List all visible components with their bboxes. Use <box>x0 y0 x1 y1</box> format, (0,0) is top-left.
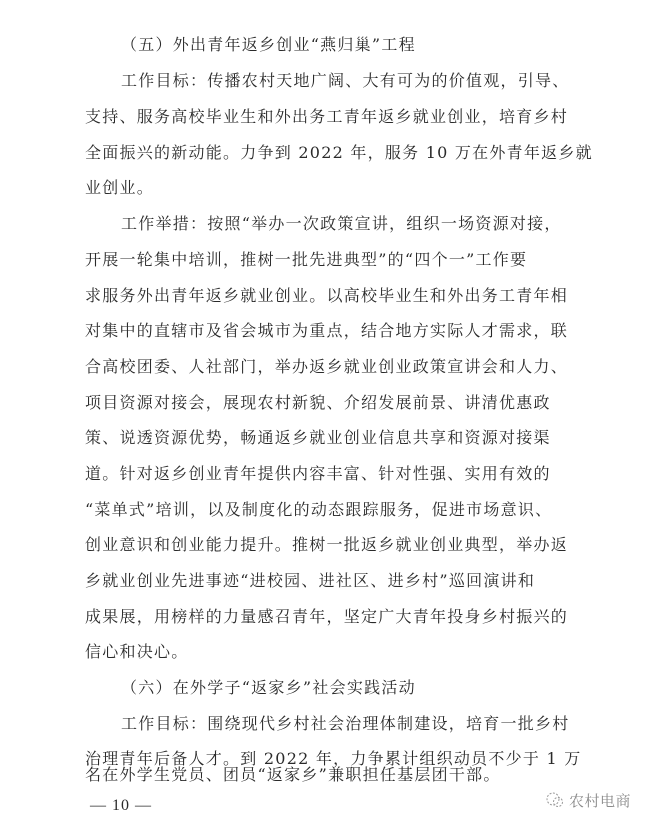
watermark: 农村电商 <box>545 788 631 812</box>
paragraph-line: 支持、服务高校毕业生和外出务工青年返乡就业创业，培育乡村 <box>85 104 585 130</box>
wechat-icon <box>545 791 565 809</box>
section-heading-5: （五）外出青年返乡创业“燕归巢”工程 <box>121 32 621 58</box>
paragraph-line: 名在外学生党员、团员“返家乡”兼职担任基层团干部。 <box>85 762 585 788</box>
paragraph-line: 全面振兴的新动能。力争到 2022 年，服务 10 万在外青年返乡就 <box>85 140 585 166</box>
paragraph-line: 策、说透资源优势，畅通返乡就业创业信息共享和资源对接渠 <box>85 425 585 451</box>
page-number: — 10 — <box>90 796 152 816</box>
paragraph-line: 项目资源对接会，展现农村新貌、介绍发展前景、讲清优惠政 <box>85 390 585 416</box>
paragraph-line: 业创业。 <box>85 175 585 201</box>
paragraph-line: 信心和决心。 <box>85 639 585 665</box>
paragraph-line: 求服务外出青年返乡就业创业。以高校毕业生和外出务工青年相 <box>85 283 585 309</box>
paragraph-line: 工作举措：按照“举办一次政策宣讲，组织一场资源对接， <box>121 211 621 237</box>
section-heading-6: （六）在外学子“返家乡”社会实践活动 <box>121 675 621 701</box>
paragraph-line: 对集中的直辖市及省会城市为重点，结合地方实际人才需求，联 <box>85 318 585 344</box>
paragraph-line: 创业意识和创业能力提升。推树一批返乡就业创业典型，举办返 <box>85 532 585 558</box>
paragraph-line: 道。针对返乡创业青年提供内容丰富、针对性强、实用有效的 <box>85 461 585 487</box>
watermark-text: 农村电商 <box>569 790 631 811</box>
paragraph-line: 合高校团委、人社部门，举办返乡就业创业政策宣讲会和人力、 <box>85 354 585 380</box>
paragraph-line: 工作目标：围绕现代乡村社会治理体制建设，培育一批乡村 <box>121 711 621 737</box>
paragraph-line: 工作目标：传播农村天地广阔、大有可为的价值观，引导、 <box>121 68 621 94</box>
paragraph-line: “菜单式”培训，以及制度化的动态跟踪服务，促进市场意识、 <box>85 497 585 523</box>
document-page: （五）外出青年返乡创业“燕归巢”工程 工作目标：传播农村天地广阔、大有可为的价值… <box>0 0 664 829</box>
paragraph-line: 开展一轮集中培训，推树一批先进典型”的“四个一”工作要 <box>85 247 585 273</box>
paragraph-line: 成果展，用榜样的力量感召青年，坚定广大青年投身乡村振兴的 <box>85 604 585 630</box>
paragraph-line: 乡就业创业先进事迹“进校园、进社区、进乡村”巡回演讲和 <box>85 568 585 594</box>
